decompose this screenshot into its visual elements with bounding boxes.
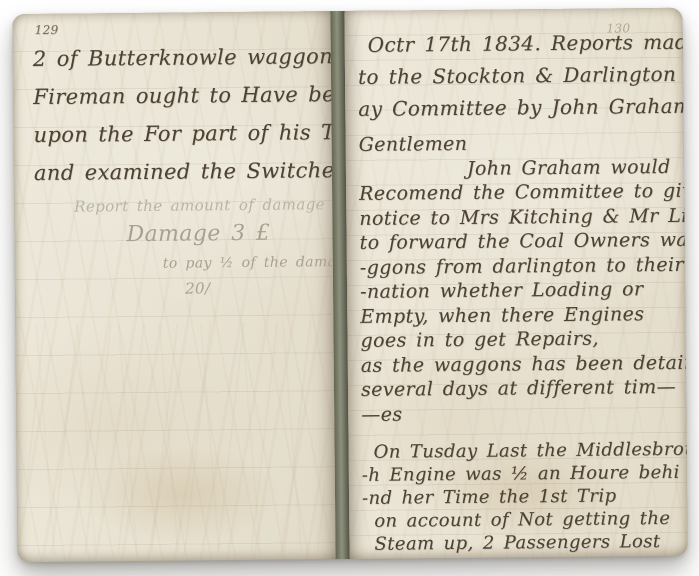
right-page: 130 Octr 17th 1834. Reports made to the … — [344, 8, 687, 559]
manuscript-line: upon the For part of his Train — [33, 113, 329, 154]
pencil-note: Report the amount of damage — [74, 194, 330, 217]
photo-background: 129 2 of Butterknowle waggons, The Firem… — [0, 0, 699, 576]
manuscript-line: Empty, when there Engines — [360, 301, 685, 329]
page-number-right: 130 — [606, 21, 630, 35]
manuscript-line: to the Stockton & Darlington Railw — [358, 58, 683, 93]
manuscript-line: 2 of Butterknowle waggons, The — [33, 37, 329, 78]
manuscript-line: -ggons from darlington to their desti — [360, 252, 685, 280]
manuscript-line: John Graham would — [359, 154, 684, 182]
manuscript-line: on account of Not getting the — [362, 507, 687, 533]
manuscript-line: Steam up, 2 Passengers Lost — [362, 530, 687, 556]
manuscript-line: notice to Mrs Kitching & Mr Liston — [359, 203, 684, 231]
manuscript-line: On Tusday Last the Middlesbroug — [361, 438, 686, 464]
manuscript-line: as the waggons has been detained — [361, 350, 686, 378]
left-page: 129 2 of Butterknowle waggons, The Firem… — [12, 11, 335, 562]
manuscript-book: 129 2 of Butterknowle waggons, The Firem… — [12, 8, 687, 562]
damage-note: Damage 3 £ — [126, 218, 330, 250]
right-page-text: Octr 17th 1834. Reports made to the Stoc… — [358, 26, 688, 556]
manuscript-line: -nd her Time the 1st Trip — [362, 484, 687, 510]
manuscript-line: goes in to get Repairs, — [360, 326, 685, 354]
manuscript-line: and examined the Switches — [34, 151, 330, 192]
bleedthrough-texture — [25, 321, 325, 554]
half-damage-note: to pay ½ of the damage — [163, 253, 331, 273]
amount-note: 20/ — [185, 278, 331, 297]
left-page-text: 2 of Butterknowle waggons, The Fireman o… — [33, 37, 331, 299]
manuscript-line: several days at different tim— — [361, 375, 686, 403]
manuscript-line: Fireman ought to Have been — [33, 75, 329, 116]
manuscript-line: to forward the Coal Owners wa — [359, 228, 684, 256]
manuscript-line: -nation whether Loading or — [360, 277, 685, 305]
manuscript-line: Gentlemen — [359, 130, 684, 158]
page-number-left: 129 — [34, 23, 58, 37]
manuscript-line: -h Engine was ½ an Houre behi — [362, 461, 687, 487]
manuscript-line: ay Committee by John Graham — [358, 90, 683, 125]
manuscript-line: Recomend the Committee to give — [359, 179, 684, 207]
manuscript-line: —es — [361, 399, 686, 427]
manuscript-line: Octr 17th 1834. Reports made — [358, 26, 683, 61]
